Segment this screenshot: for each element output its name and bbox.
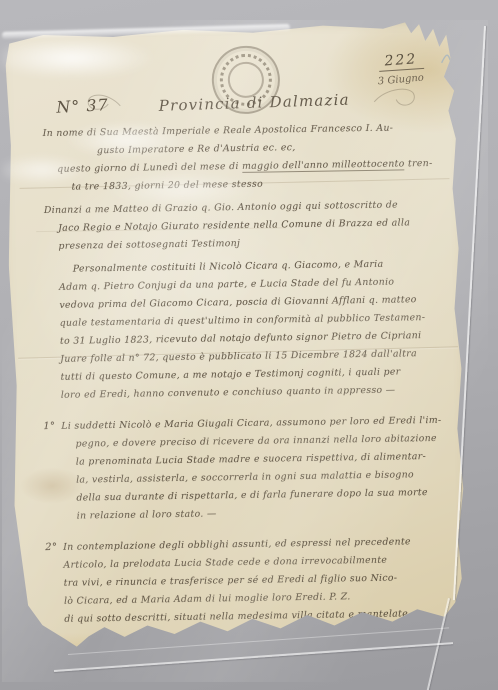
registry-number: 222	[378, 51, 424, 72]
manuscript-paper: 222 3 Giugno N° 37 Provincia di Dalmazia…	[3, 18, 475, 665]
photo: 222 3 Giugno N° 37 Provincia di Dalmazia…	[0, 0, 498, 690]
flourish-left-icon	[82, 90, 122, 117]
document-body: In nome di Sua Maestà Imperiale e Reale …	[41, 119, 465, 629]
registry-annotation: 222 3 Giugno	[365, 49, 436, 86]
sleeve-bottom-edge	[54, 642, 453, 672]
blue-ink-mark	[439, 46, 465, 68]
flourish-right-icon	[372, 83, 420, 114]
